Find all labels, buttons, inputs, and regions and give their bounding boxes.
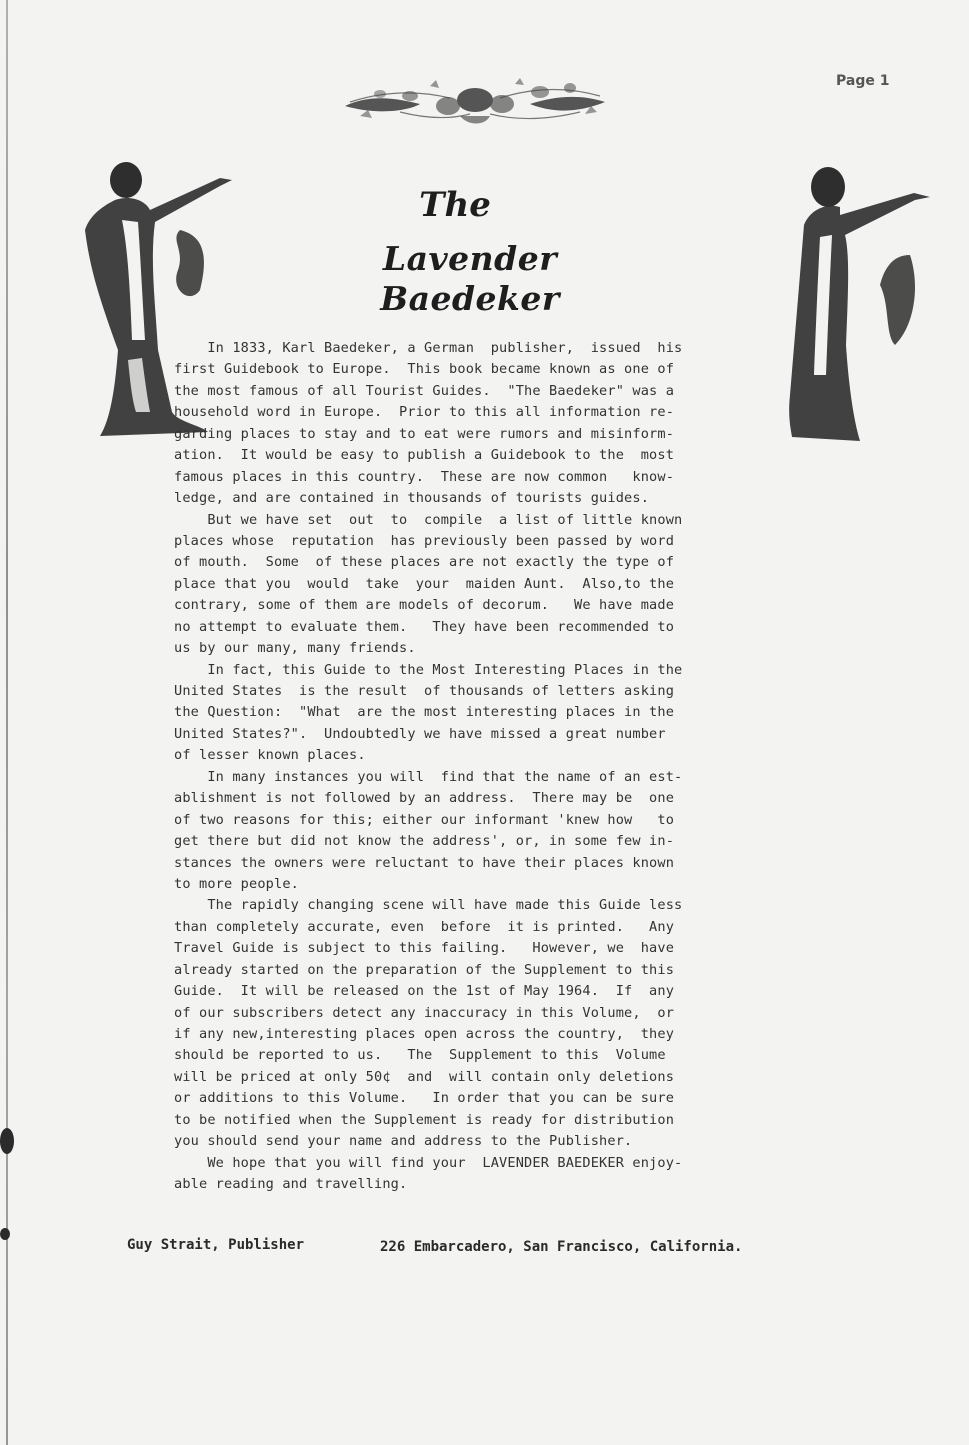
body-line: United States is the result of thousands…: [174, 681, 834, 702]
body-line: will be priced at only 50¢ and will cont…: [174, 1067, 834, 1088]
body-line: able reading and travelling.: [174, 1174, 834, 1195]
body-line: ablishment is not followed by an address…: [174, 788, 834, 809]
body-line: no attempt to evaluate them. They have b…: [174, 617, 834, 638]
body-line: of our subscribers detect any inaccuracy…: [174, 1003, 834, 1024]
body-line: you should send your name and address to…: [174, 1131, 834, 1152]
body-line: garding places to stay and to eat were r…: [174, 424, 834, 445]
body-line: But we have set out to compile a list of…: [174, 510, 834, 531]
title-the: The: [270, 185, 640, 225]
body-line: ledge, and are contained in thousands of…: [174, 488, 834, 509]
body-line: first Guidebook to Europe. This book bec…: [174, 359, 834, 380]
body-line: to be notified when the Supplement is re…: [174, 1110, 834, 1131]
page-number: Page 1: [836, 73, 889, 89]
body-line: The rapidly changing scene will have mad…: [174, 895, 834, 916]
body-line: us by our many, many friends.: [174, 638, 834, 659]
body-line: We hope that you will find your LAVENDER…: [174, 1153, 834, 1174]
body-line: household word in Europe. Prior to this …: [174, 402, 834, 423]
body-line: of two reasons for this; either our info…: [174, 810, 834, 831]
binder-hole-mark: [0, 1128, 14, 1154]
body-line: In many instances you will find that the…: [174, 767, 834, 788]
body-line: places whose reputation has previously b…: [174, 531, 834, 552]
body-line: In 1833, Karl Baedeker, a German publish…: [174, 338, 834, 359]
body-line: In fact, this Guide to the Most Interest…: [174, 660, 834, 681]
body-line: famous places in this country. These are…: [174, 467, 834, 488]
body-line: contrary, some of them are models of dec…: [174, 595, 834, 616]
body-line: if any new,interesting places open acros…: [174, 1024, 834, 1045]
body-line: the Question: "What are the most interes…: [174, 702, 834, 723]
document-title: The Lavender Baedeker: [300, 185, 640, 319]
publisher-name: Guy Strait, Publisher: [127, 1237, 304, 1253]
body-line: of lesser known places.: [174, 745, 834, 766]
floral-garland-icon: [340, 76, 610, 128]
body-line: or additions to this Volume. In order th…: [174, 1088, 834, 1109]
body-line: stances the owners were reluctant to hav…: [174, 853, 834, 874]
binder-hole-mark: [0, 1228, 10, 1240]
body-line: should be reported to us. The Supplement…: [174, 1045, 834, 1066]
title-main: Lavender Baedeker: [300, 239, 640, 319]
body-line: to more people.: [174, 874, 834, 895]
body-line: than completely accurate, even before it…: [174, 917, 834, 938]
body-line: United States?". Undoubtedly we have mis…: [174, 724, 834, 745]
body-line: place that you would take your maiden Au…: [174, 574, 834, 595]
body-line: get there but did not know the address',…: [174, 831, 834, 852]
body-line: Guide. It will be released on the 1st of…: [174, 981, 834, 1002]
footer: Guy Strait, Publisher 226 Embarcadero, S…: [127, 1237, 887, 1285]
body-line: already started on the preparation of th…: [174, 960, 834, 981]
body-line: Travel Guide is subject to this failing.…: [174, 938, 834, 959]
body-line: of mouth. Some of these places are not e…: [174, 552, 834, 573]
body-text: In 1833, Karl Baedeker, a German publish…: [174, 338, 834, 1196]
body-line: ation. It would be easy to publish a Gui…: [174, 445, 834, 466]
body-line: the most famous of all Tourist Guides. "…: [174, 381, 834, 402]
publisher-address: 226 Embarcadero, San Francisco, Californ…: [380, 1239, 742, 1255]
